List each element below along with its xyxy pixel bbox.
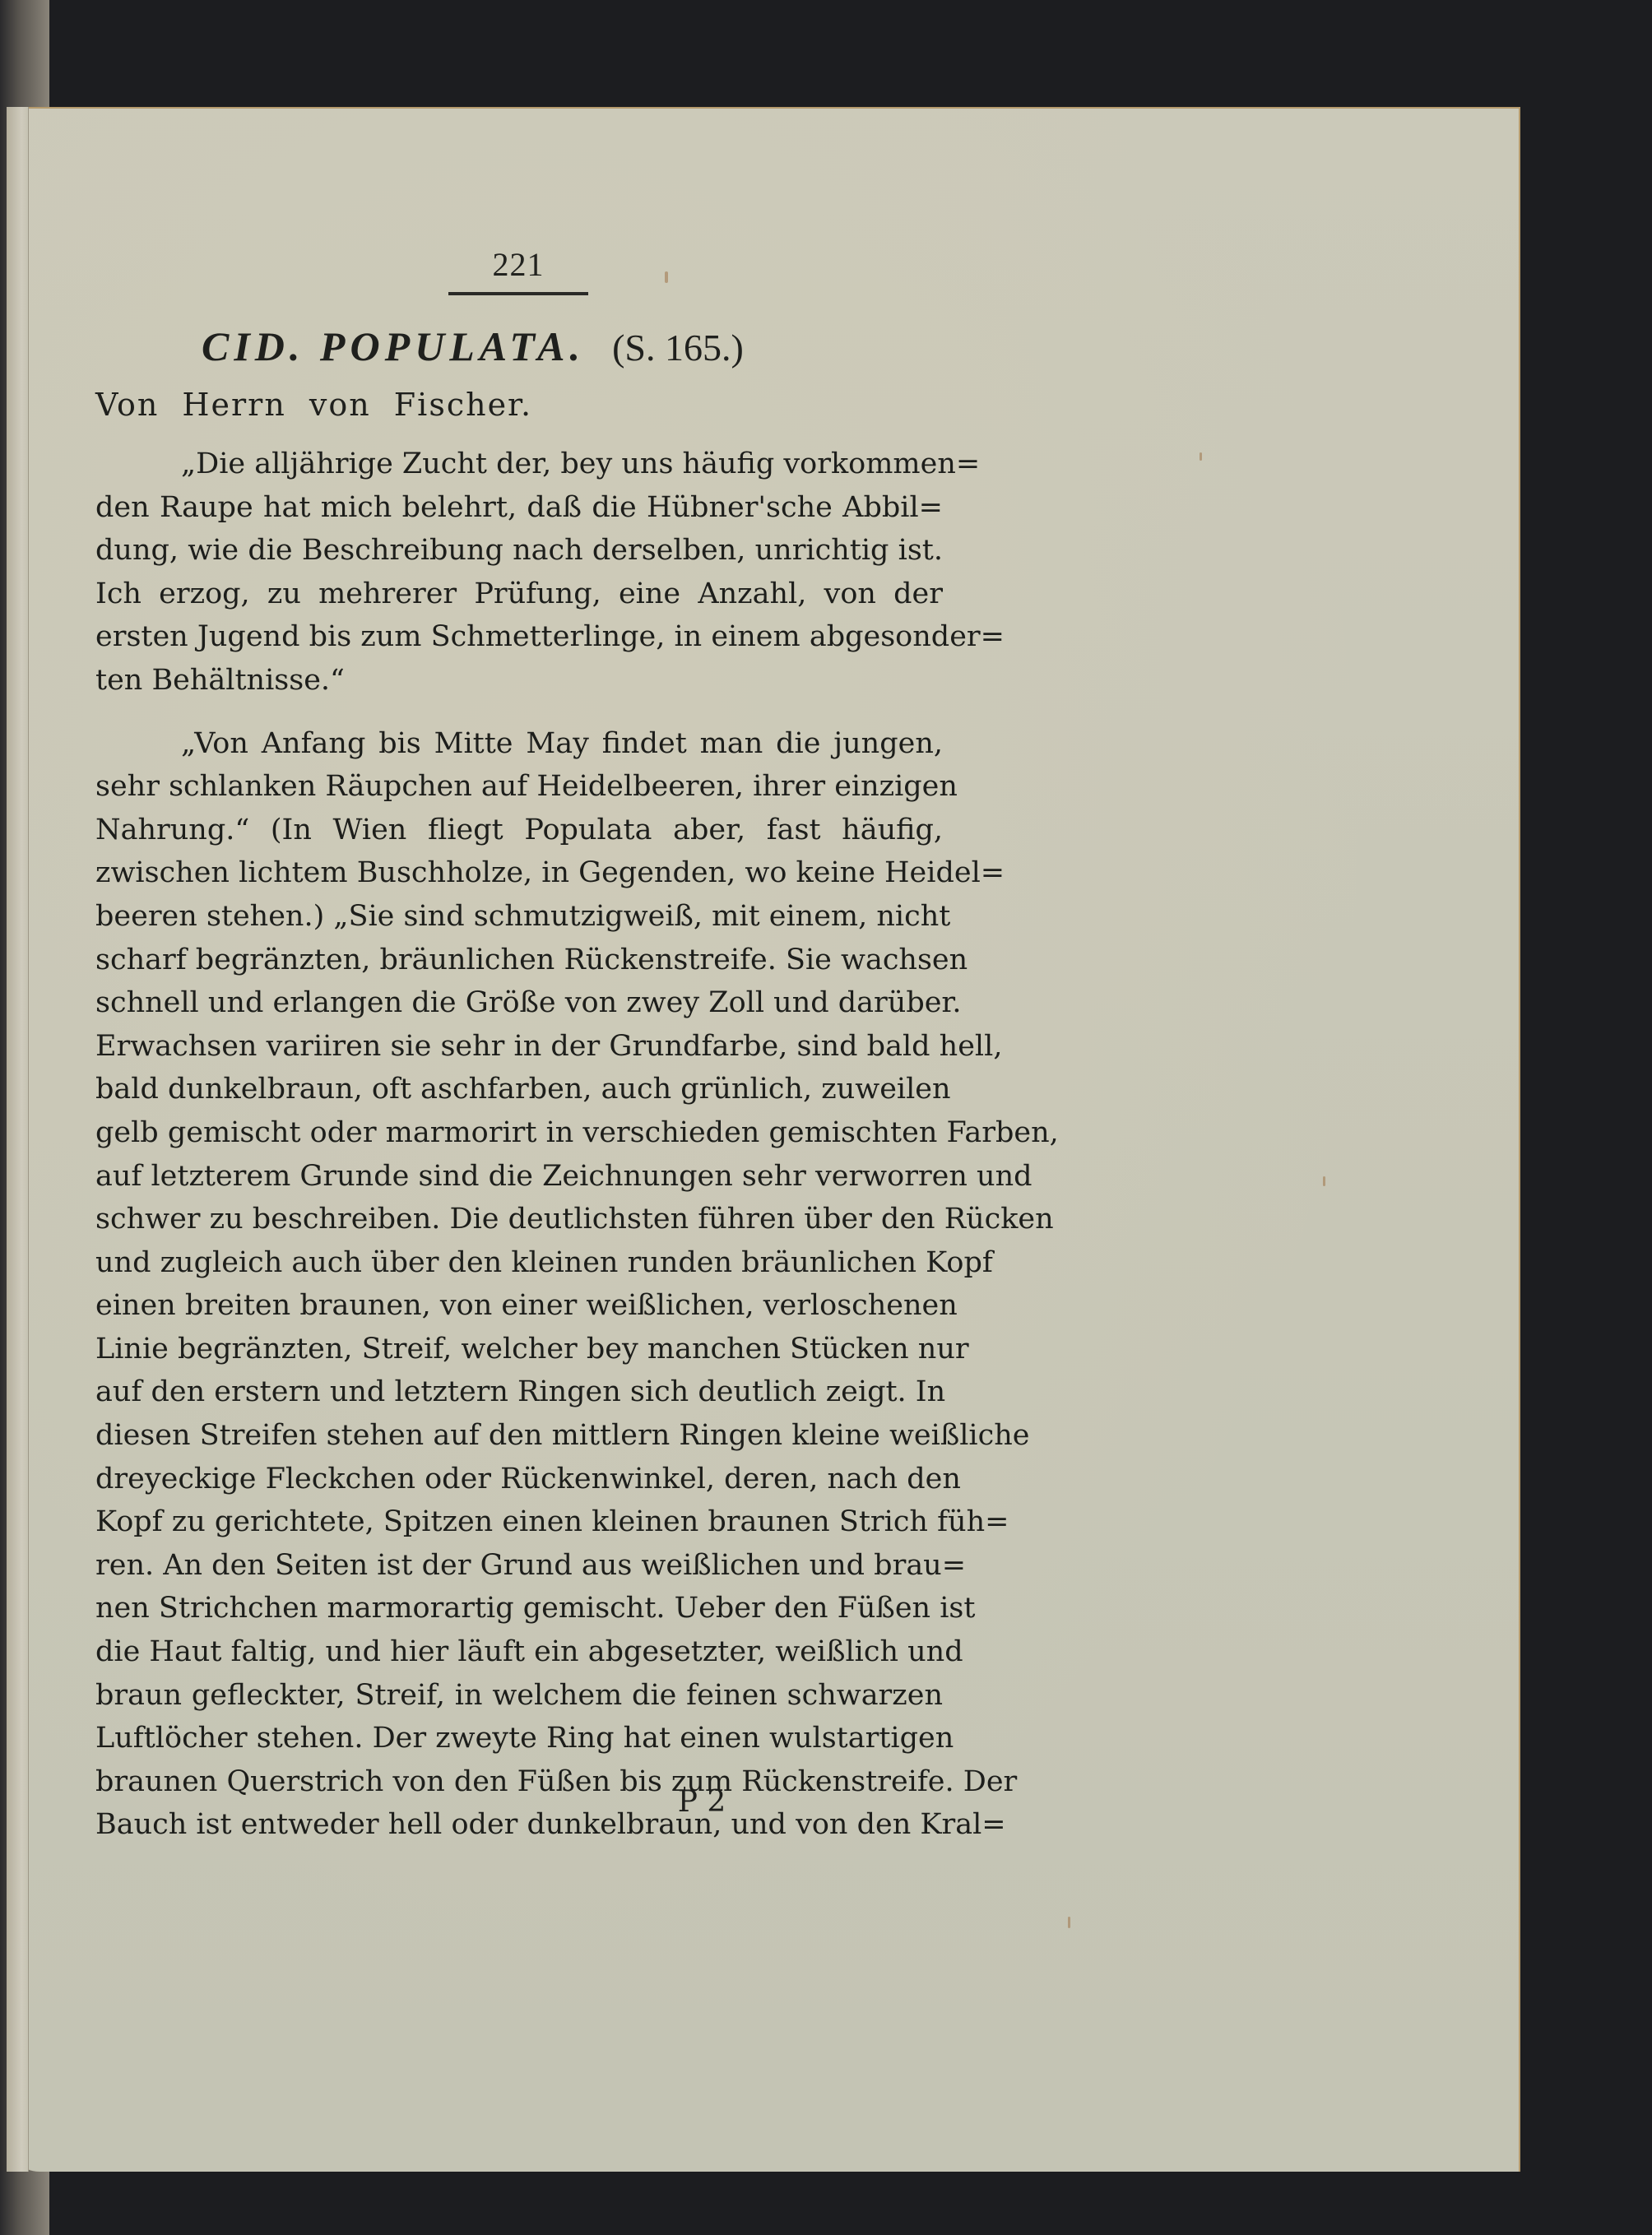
paper-speck [1323, 1176, 1325, 1186]
text-line: ten Behältnisse.“ [95, 659, 943, 702]
text-line: bald dunkelbraun, oft aschfarben, auch g… [95, 1068, 943, 1111]
author-byline: Von Herrn von Fischer. [95, 387, 532, 423]
text-line: Ich erzog, zu mehrerer Prüfung, eine Anz… [95, 573, 943, 616]
species-title: CID. POPULATA. [202, 323, 585, 369]
text-line: scharf begränzten, bräunlichen Rückenstr… [95, 939, 943, 982]
text-line: beeren stehen.) „Sie sind schmutzigweiß,… [95, 895, 943, 939]
text-line: Bauch ist entweder hell oder dunkelbraun… [95, 1803, 943, 1847]
page-reference: (S. 165.) [612, 327, 744, 369]
text-line: gelb gemischt oder marmorirt in verschie… [95, 1111, 943, 1155]
page-gutter [7, 107, 29, 2172]
text-line: ersten Jugend bis zum Schmetterlinge, in… [95, 615, 943, 659]
text-line: Kopf zu gerichtete, Spitzen einen kleine… [95, 1500, 943, 1544]
book-page: 221 CID. POPULATA. (S. 165.) Von Herrn v… [7, 107, 1520, 2172]
text-line: Luftlöcher stehen. Der zweyte Ring hat e… [95, 1717, 943, 1760]
text-line: braun gefleckter, Streif, in welchem die… [95, 1674, 943, 1718]
body-text: „Die alljährige Zucht der, bey uns häufi… [95, 443, 943, 1847]
text-line: schwer zu beschreiben. Die deutlichsten … [95, 1198, 943, 1241]
text-line: einen breiten braunen, von einer weißlic… [95, 1284, 943, 1328]
text-line: „Von Anfang bis Mitte May findet man die… [95, 722, 943, 766]
text-line: den Raupe hat mich belehrt, daß die Hübn… [95, 486, 943, 530]
text-line: ren. An den Seiten ist der Grund aus wei… [95, 1544, 943, 1588]
text-line: auf letzterem Grunde sind die Zeichnunge… [95, 1155, 943, 1199]
paper-speck [1068, 1917, 1070, 1928]
text-line: „Die alljährige Zucht der, bey uns häufi… [95, 443, 943, 486]
text-line: zwischen lichtem Buschholze, in Gegenden… [95, 851, 943, 895]
text-line: die Haut faltig, und hier läuft ein abge… [95, 1630, 943, 1674]
paragraph-1: „Die alljährige Zucht der, bey uns häufi… [95, 443, 943, 702]
paper-speck [665, 271, 668, 283]
header-rule [448, 292, 588, 295]
text-line: und zugleich auch über den kleinen runde… [95, 1241, 943, 1285]
text-line: Linie begränzten, Streif, welcher bey ma… [95, 1328, 943, 1371]
text-line: Nahrung.“ (In Wien fliegt Populata aber,… [95, 809, 943, 852]
section-heading: CID. POPULATA. (S. 165.) [202, 322, 744, 370]
text-line: braunen Querstrich von den Füßen bis zum… [95, 1760, 943, 1804]
text-line: Erwachsen variiren sie sehr in der Grund… [95, 1025, 943, 1069]
text-line: sehr schlanken Räupchen auf Heidelbeeren… [95, 765, 943, 809]
page-number: 221 [481, 245, 555, 284]
text-line: nen Strichchen marmorartig gemischt. Ueb… [95, 1587, 943, 1630]
text-line: dreyeckige Fleckchen oder Rückenwinkel, … [95, 1458, 943, 1501]
text-line: schnell und erlangen die Größe von zwey … [95, 981, 943, 1025]
paragraph-gap [95, 702, 943, 722]
paper-speck [1200, 452, 1202, 461]
signature-mark: P 2 [648, 1785, 755, 1819]
text-line: dung, wie die Beschreibung nach derselbe… [95, 529, 943, 573]
text-line: diesen Streifen stehen auf den mittlern … [95, 1414, 943, 1458]
paragraph-2: „Von Anfang bis Mitte May findet man die… [95, 722, 943, 1847]
text-line: auf den erstern und letztern Ringen sich… [95, 1370, 943, 1414]
